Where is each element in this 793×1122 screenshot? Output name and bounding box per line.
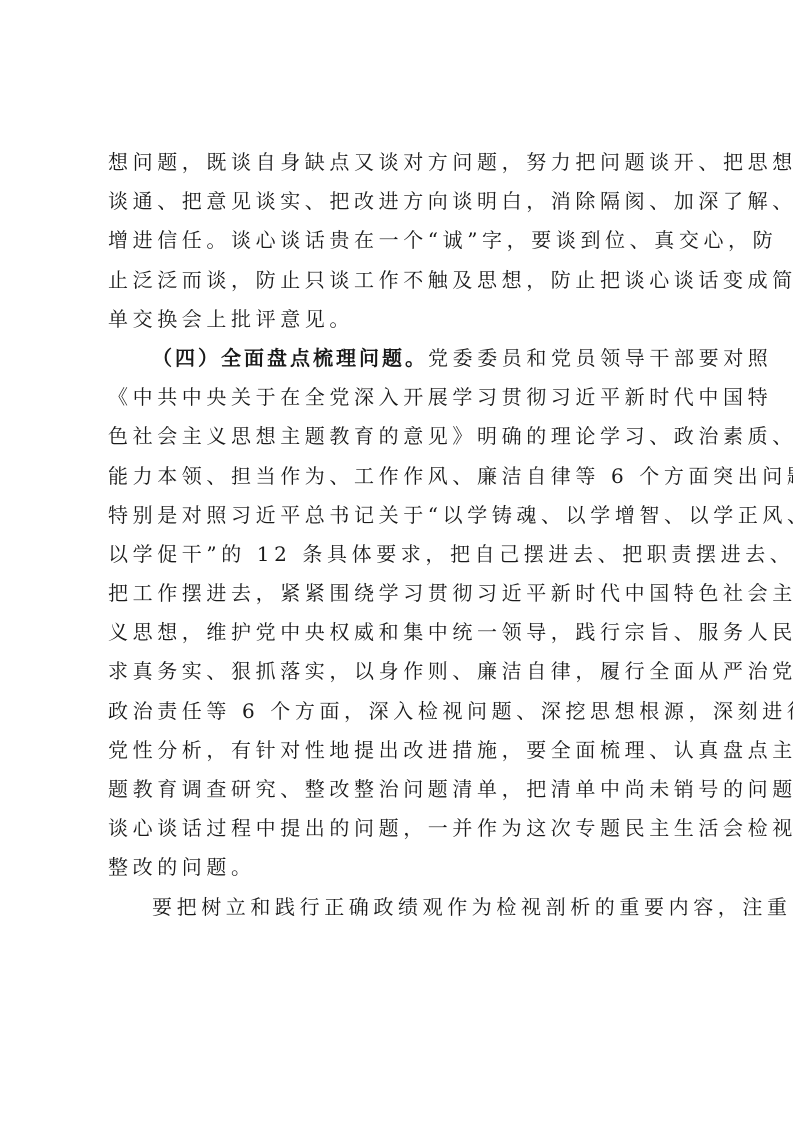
text-line: 义思想，维护党中央权威和集中统一领导，践行宗旨、服务人民，	[108, 613, 692, 652]
text-line: 题教育调查研究、整改整治问题清单，把清单中尚未销号的问题，	[108, 770, 692, 809]
document-page: 想问题，既谈自身缺点又谈对方问题，努力把问题谈开、把思想 谈通、把意见谈实、把改…	[108, 143, 692, 927]
text-line: 党性分析，有针对性地提出改进措施，要全面梳理、认真盘点主	[108, 731, 692, 770]
text-line: 止泛泛而谈，防止只谈工作不触及思想，防止把谈心谈话变成简	[108, 261, 692, 300]
text-line: 谈通、把意见谈实、把改进方向谈明白，消除隔阂、加深了解、	[108, 182, 692, 221]
text-line: 能力本领、担当作为、工作作风、廉洁自律等 6 个方面突出问题，	[108, 457, 692, 496]
section-heading: （四）全面盘点梳理问题。	[152, 346, 428, 370]
paragraph-talk-heart: 想问题，既谈自身缺点又谈对方问题，努力把问题谈开、把思想 谈通、把意见谈实、把改…	[108, 143, 692, 339]
text-line: 特别是对照习近平总书记关于“以学铸魂、以学增智、以学正风、	[108, 496, 692, 535]
text-line: 政治责任等 6 个方面，深入检视问题、深挖思想根源，深刻进行	[108, 692, 692, 731]
text-line: （四）全面盘点梳理问题。党委委员和党员领导干部要对照	[108, 339, 692, 378]
text-line: 以学促干”的 12 条具体要求，把自己摆进去、把职责摆进去、	[108, 535, 692, 574]
text-line: 要把树立和践行正确政绩观作为检视剖析的重要内容，注重	[108, 888, 692, 927]
paragraph-section-four: （四）全面盘点梳理问题。党委委员和党员领导干部要对照 《中共中央关于在全党深入开…	[108, 339, 692, 888]
text-line: 《中共中央关于在全党深入开展学习贯彻习近平新时代中国特	[108, 378, 692, 417]
text-line: 单交换会上批评意见。	[108, 300, 692, 339]
text-line: 谈心谈话过程中提出的问题，一并作为这次专题民主生活会检视	[108, 809, 692, 848]
text-line: 把工作摆进去，紧紧围绕学习贯彻习近平新时代中国特色社会主	[108, 574, 692, 613]
text-line: 色社会主义思想主题教育的意见》明确的理论学习、政治素质、	[108, 417, 692, 456]
paragraph-performance-view: 要把树立和践行正确政绩观作为检视剖析的重要内容，注重	[108, 888, 692, 927]
text-line: 整改的问题。	[108, 848, 692, 887]
text-line: 想问题，既谈自身缺点又谈对方问题，努力把问题谈开、把思想	[108, 143, 692, 182]
text-line: 增进信任。谈心谈话贵在一个“诚”字，要谈到位、真交心，防	[108, 221, 692, 260]
heading-line-rest: 党委委员和党员领导干部要对照	[428, 346, 772, 370]
text-line: 求真务实、狠抓落实，以身作则、廉洁自律，履行全面从严治党	[108, 652, 692, 691]
